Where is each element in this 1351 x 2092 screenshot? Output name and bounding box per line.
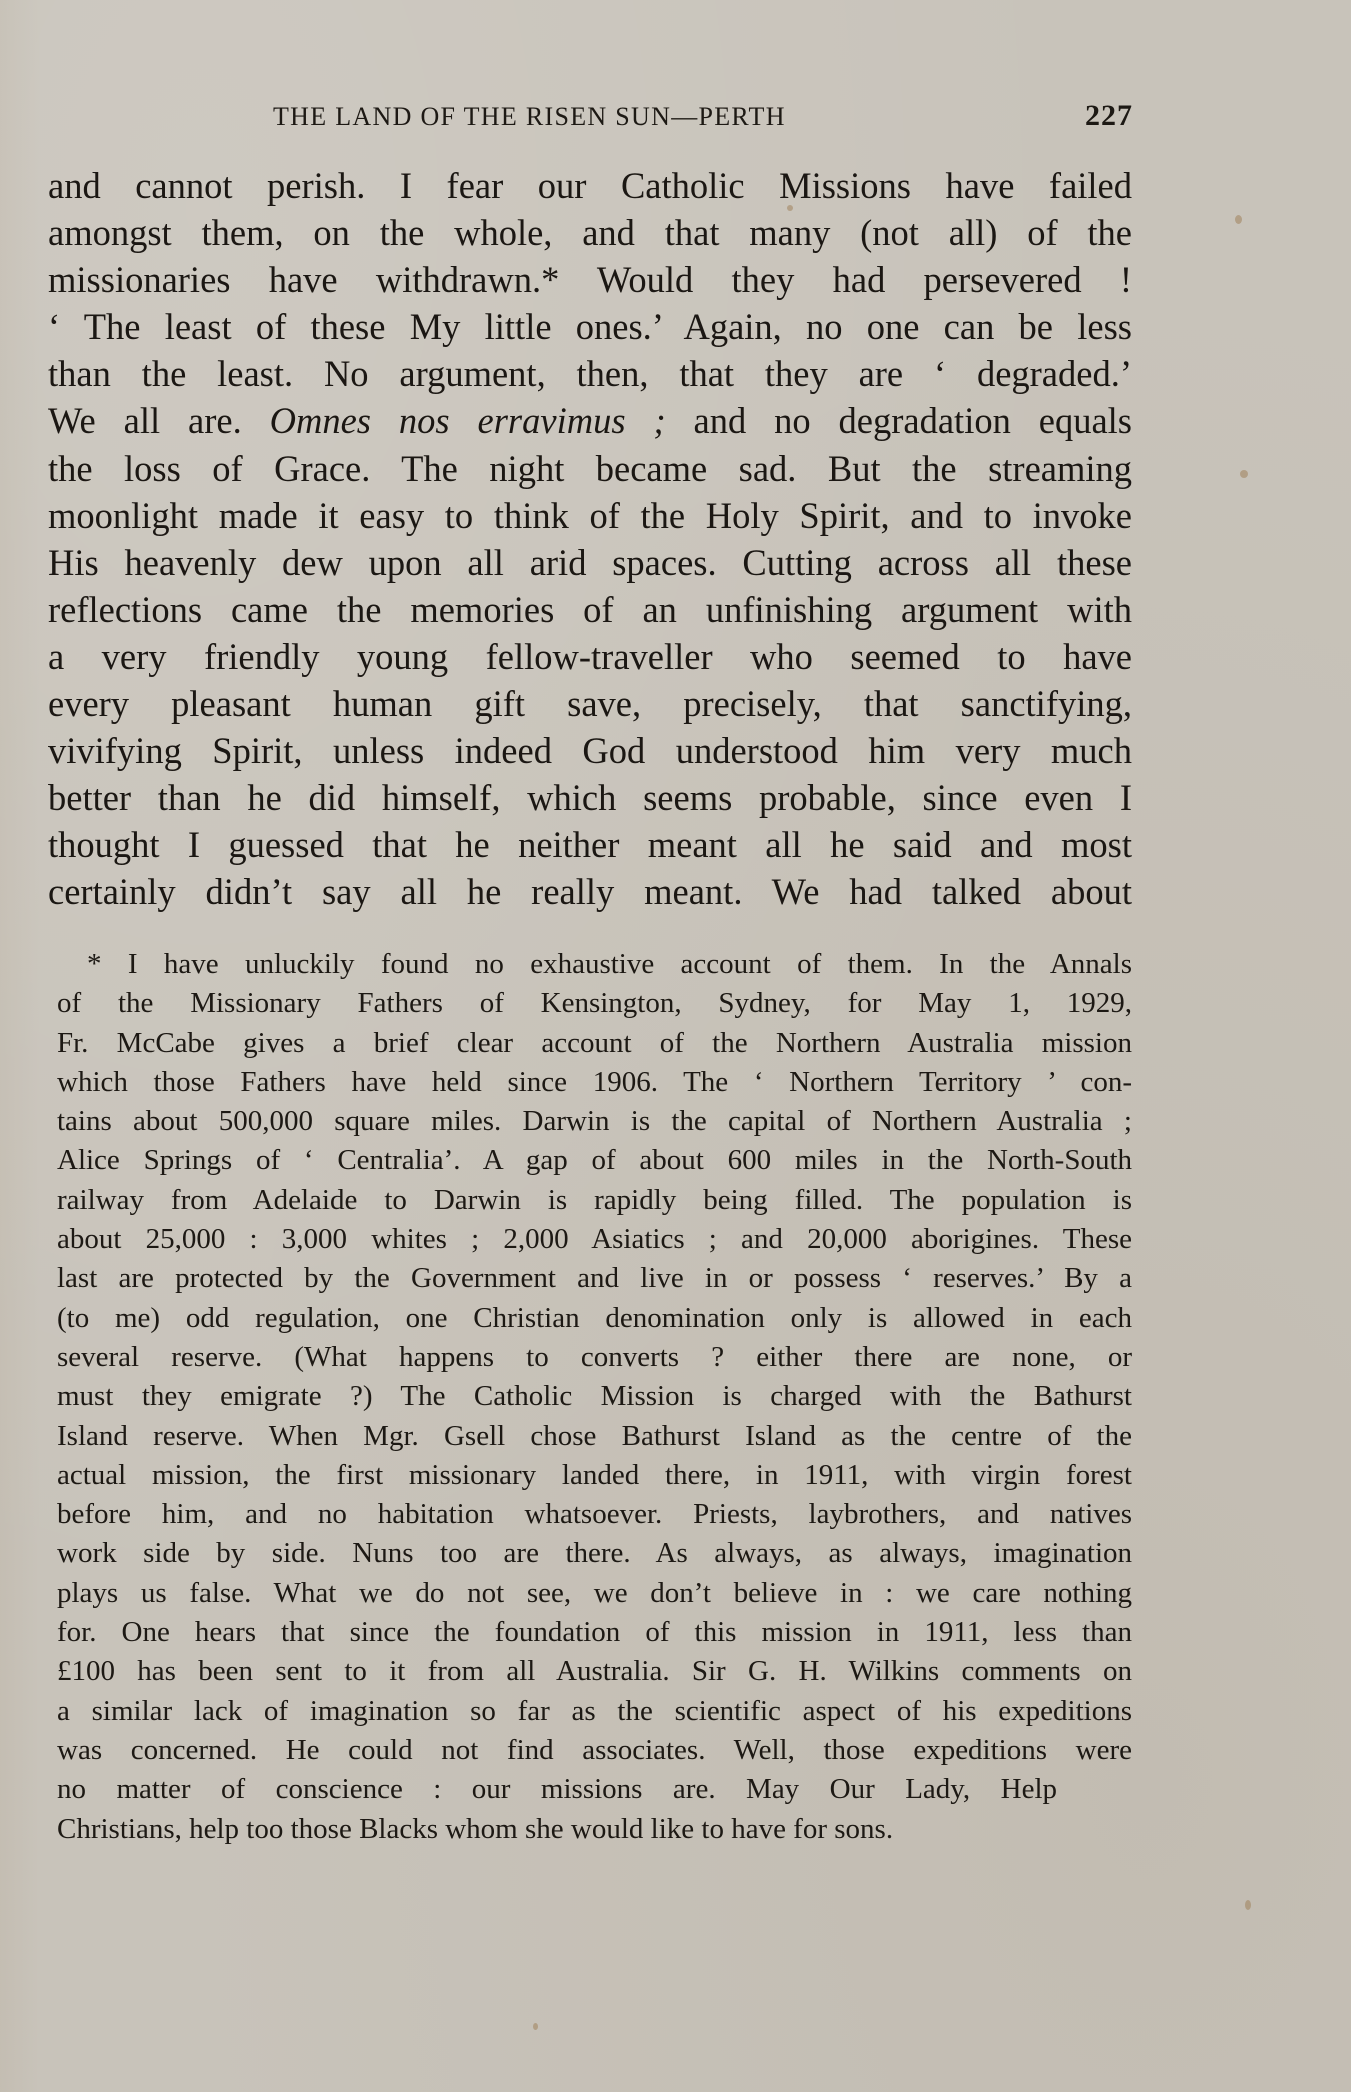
text-line: every pleasant human gift save, precisel… <box>48 680 1132 727</box>
footnote-line: several reserve. (What happens to conver… <box>57 1338 1132 1377</box>
footnote-line: no matter of conscience : our missions a… <box>57 1770 1057 1809</box>
text-line-with-latin: We all are. Omnes nos erravimus ; and no… <box>48 397 1132 444</box>
footnote-marker: * <box>87 948 102 980</box>
footnote-line: about 25,000 : 3,000 whites ; 2,000 Asia… <box>57 1220 1132 1259</box>
text-line: His heavenly dew upon all arid spaces. C… <box>48 539 1132 586</box>
footnote-line: was concerned. He could not find associa… <box>57 1731 1132 1770</box>
footnote-line: * I have unluckily found no exhaustive a… <box>57 945 1132 984</box>
text-line: the loss of Grace. The night became sad.… <box>48 445 1132 492</box>
footnote-line: Christians, help too those Blacks whom s… <box>57 1810 1097 1849</box>
paper-speck <box>787 205 793 211</box>
text-line: and cannot perish. I fear our Catholic M… <box>48 162 1132 209</box>
footnote-line: work side by side. Nuns too are there. A… <box>57 1534 1132 1573</box>
footnote-line: £100 has been sent to it from all Austra… <box>57 1652 1132 1691</box>
footnote-line: must they emigrate ?) The Catholic Missi… <box>57 1377 1132 1416</box>
book-page: THE LAND OF THE RISEN SUN—PERTH 227 and … <box>0 0 1351 2092</box>
footnote-line: Island reserve. When Mgr. Gsell chose Ba… <box>57 1417 1132 1456</box>
text-line: a very friendly young fellow-traveller w… <box>48 633 1132 680</box>
text-line: missionaries have withdrawn.* Would they… <box>48 256 1132 303</box>
text-line: ‘ The least of these My little ones.’ Ag… <box>48 303 1132 350</box>
paper-speck <box>1245 1900 1251 1910</box>
footnote-line: actual mission, the first missionary lan… <box>57 1456 1132 1495</box>
text-line: better than he did himself, which seems … <box>48 774 1132 821</box>
footnote-line: (to me) odd regulation, one Christian de… <box>57 1299 1132 1338</box>
footnote: * I have unluckily found no exhaustive a… <box>57 945 1132 1849</box>
text-line: amongst them, on the whole, and that man… <box>48 209 1132 256</box>
footnote-line: tains about 500,000 square miles. Darwin… <box>57 1102 1132 1141</box>
footnote-text: I have unluckily found no exhaustive acc… <box>128 948 1132 980</box>
text-line: moonlight made it easy to think of the H… <box>48 492 1132 539</box>
paper-speck <box>1235 215 1242 224</box>
paper-speck <box>1240 470 1248 478</box>
text-line: thought I guessed that he neither meant … <box>48 821 1132 868</box>
footnote-line: a similar lack of imagination so far as … <box>57 1692 1132 1731</box>
running-header: THE LAND OF THE RISEN SUN—PERTH 227 <box>273 100 1133 134</box>
latin-quote: Omnes nos erravimus ; <box>270 400 666 441</box>
footnote-line: of the Missionary Fathers of Kensington,… <box>57 984 1132 1023</box>
paper-speck <box>533 2023 538 2030</box>
text-segment: We all are. <box>48 400 270 441</box>
text-line: than the least. No argument, then, that … <box>48 350 1132 397</box>
text-line: certainly didn’t say all he really meant… <box>48 868 1132 915</box>
footnote-line: Fr. McCabe gives a brief clear account o… <box>57 1024 1132 1063</box>
text-line: vivifying Spirit, unless indeed God unde… <box>48 727 1132 774</box>
footnote-line: which those Fathers have held since 1906… <box>57 1063 1132 1102</box>
footnote-line: railway from Adelaide to Darwin is rapid… <box>57 1181 1132 1220</box>
text-line: reflections came the memories of an unfi… <box>48 586 1132 633</box>
main-text: and cannot perish. I fear our Catholic M… <box>48 162 1132 916</box>
footnote-line: plays us false. What we do not see, we d… <box>57 1574 1132 1613</box>
footnote-line: Alice Springs of ‘ Centralia’. A gap of … <box>57 1141 1132 1180</box>
footnote-line: last are protected by the Government and… <box>57 1259 1132 1298</box>
footnote-line: for. One hears that since the foundation… <box>57 1613 1132 1652</box>
page-number: 227 <box>1085 99 1133 133</box>
running-title: THE LAND OF THE RISEN SUN—PERTH <box>273 100 786 134</box>
footnote-line: before him, and no habitation whatsoever… <box>57 1495 1132 1534</box>
text-segment: and no degradation equals <box>666 400 1132 441</box>
